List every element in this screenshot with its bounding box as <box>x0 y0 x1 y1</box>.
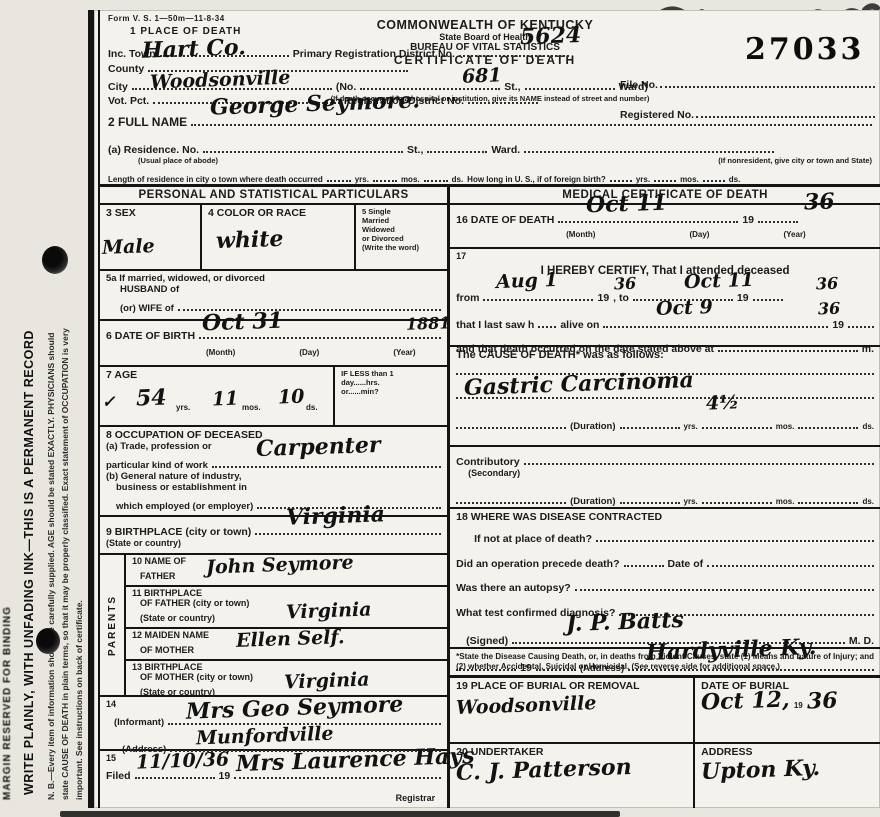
dod-year-handwriting: 36 <box>804 193 835 214</box>
dob-value-handwriting: Oct 31 <box>202 312 284 335</box>
yrs-label: yrs. <box>636 175 650 184</box>
mother-name-label-2: OF MOTHER <box>140 645 194 655</box>
parents-side-label: PARENTS <box>107 595 118 656</box>
color-race-value-handwriting: white <box>216 230 284 252</box>
dob-label: 6 DATE OF BIRTH <box>106 330 195 342</box>
or-min-label: or......min? <box>341 387 441 396</box>
filed-label: Filed <box>106 770 131 782</box>
nonresident-note: (If nonresident, give city or town and S… <box>718 156 872 165</box>
date-of-death-label: 16 DATE OF DEATH <box>456 214 554 226</box>
sex-label: 3 SEX <box>106 207 194 219</box>
registrar-label: Registrar <box>396 793 436 803</box>
ink-blot <box>36 628 60 654</box>
sex-value-handwriting: Male <box>102 238 155 257</box>
signed-label: (Signed) <box>466 635 508 647</box>
form-number: Form V. S. 1—50m—11-8-34 <box>108 14 225 23</box>
father-bp-label-3: (State or country) <box>140 613 215 623</box>
residence-st-label: St., <box>407 144 423 156</box>
scan-bottom-streak <box>60 811 620 817</box>
mother-bp-handwriting: Virginia <box>284 672 370 692</box>
dod-nineteen: 19 <box>742 214 754 226</box>
full-name-label: 2 FULL NAME <box>108 115 187 129</box>
margin-binding-text: MARGIN RESERVED FOR BINDING <box>2 380 13 800</box>
to-nineteen: 19 <box>737 292 749 304</box>
occupation-value-handwriting: Carpenter <box>256 436 381 460</box>
vot-pct-value-handwriting: Woodsonville <box>150 70 291 92</box>
margin-nb-line1: N. B.—Every item of information should b… <box>46 60 56 800</box>
duration2-ds-label: ds. <box>862 497 874 506</box>
autopsy-question: Was there an autopsy? <box>456 582 571 594</box>
ds-label: ds. <box>729 175 741 184</box>
margin-nb-line2: state CAUSE OF DEATH in plain terms, so … <box>60 60 70 800</box>
county-label: County <box>108 63 144 75</box>
mos-label: mos. <box>680 175 699 184</box>
day-caption: (Day) <box>299 348 319 357</box>
undertaker-handwriting: C. J. Patterson <box>456 756 688 784</box>
disease-contracted-title: 18 WHERE WAS DISEASE CONTRACTED <box>456 511 874 523</box>
dod-day-caption: (Day) <box>689 230 709 239</box>
signed-nineteen: 19 <box>520 662 532 674</box>
vot-pct-label: Vot. Pct. <box>108 95 149 107</box>
scanned-death-certificate: MARGIN RESERVED FOR BINDING WRITE PLAINL… <box>0 0 880 817</box>
birthplace-value-handwriting: Virginia <box>286 506 386 529</box>
duration2-mos-label: mos. <box>776 497 795 506</box>
last-saw-year-handwriting: 36 <box>818 302 841 317</box>
not-at-place-question: If not at place of death? <box>474 533 592 545</box>
full-name-value-handwriting: George Seymore. <box>210 91 421 118</box>
date-of-burial-handwriting: Oct 12, <box>701 691 790 714</box>
medical-certificate-column: MEDICAL CERTIFICATE OF DEATH 16 DATE OF … <box>450 187 880 808</box>
duration-label-2: (Duration) <box>570 496 615 507</box>
husband-of-label: HUSBAND of <box>120 284 441 295</box>
howlong-us-label: How long in U. S., if of foreign birth? <box>467 175 606 184</box>
file-no-label: File No. <box>620 79 658 91</box>
ink-blot <box>42 246 68 274</box>
father-name-handwriting: John Seymore <box>206 555 354 577</box>
from-label: from <box>456 292 479 304</box>
occ-trade-label-2: particular kind of work <box>106 460 208 471</box>
duration2-yrs-label: yrs. <box>684 497 698 506</box>
attended-from-handwriting: Aug 1 <box>496 272 558 291</box>
duration-yrs-label: yrs. <box>684 422 698 431</box>
father-name-label-2: FATHER <box>140 571 175 581</box>
age-months-handwriting: 11 <box>212 391 239 409</box>
ds-label: ds. <box>452 175 464 184</box>
primary-reg-value-handwriting: 5624 <box>520 26 582 48</box>
if-less-label: IF LESS than 1 <box>341 369 441 378</box>
dob-year-handwriting: 1881 <box>406 317 451 333</box>
wife-of-label: (or) WIFE of <box>120 303 174 314</box>
place-of-burial-handwriting: Woodsonville <box>456 692 687 717</box>
dod-year-caption: (Year) <box>783 230 805 239</box>
occ-industry-label-3: which employed (or employer) <box>116 501 253 512</box>
duration-label: (Duration) <box>570 421 615 432</box>
yrs-label: yrs. <box>355 175 369 184</box>
occ-industry-label-1: (b) General nature of industry, <box>106 471 441 482</box>
month-caption: (Month) <box>206 348 235 357</box>
duration-months-handwriting: 4½ <box>706 395 740 413</box>
attended-to-handwriting: Oct 11 <box>684 272 755 292</box>
commonwealth-title: COMMONWEALTH OF KENTUCKY <box>335 18 635 32</box>
physician-signature-handwriting: J. P. Batts <box>566 611 684 635</box>
mother-name-handwriting: Ellen Self. <box>236 630 345 651</box>
age-tick-mark: ✓ <box>102 395 116 410</box>
item-17-number: 17 <box>456 251 874 261</box>
informant-label: (Informant) <box>114 717 164 728</box>
md-label: M. D. <box>849 635 874 647</box>
undertaker-address-handwriting: Upton Ky. <box>701 757 874 783</box>
margin-write-plainly-text: WRITE PLAINLY, WITH UNFADING INK—THIS IS… <box>22 95 36 795</box>
attended-from-year-handwriting: 36 <box>614 277 637 292</box>
date-of-operation-label: Date of <box>668 558 704 570</box>
certificate-form: Form V. S. 1—50m—11-8-34 1 PLACE OF DEAT… <box>88 10 880 808</box>
length-residence-label: Length of residence in city o town where… <box>108 175 323 184</box>
to-label: , to <box>613 292 629 304</box>
place-of-burial-label: 19 PLACE OF BURIAL OR REMOVAL <box>456 680 687 692</box>
age-yrs-label: yrs. <box>176 403 190 412</box>
cause-of-death-handwriting: Gastric Carcinoma <box>464 371 694 399</box>
personal-particulars-column: PERSONAL AND STATISTICAL PARTICULARS 3 S… <box>100 187 450 808</box>
occ-industry-label-2: business or establishment in <box>116 482 441 493</box>
mos-label: mos. <box>401 175 420 184</box>
duration-mos-label: mos. <box>776 422 795 431</box>
lastsaw-nineteen: 19 <box>832 319 844 331</box>
secondary-label: (Secondary) <box>468 468 874 478</box>
physician-address-handwriting: Hardyville Ky. <box>646 638 817 664</box>
dod-value-handwriting: Oct 11 <box>586 194 668 217</box>
duration-ds-label: ds. <box>862 422 874 431</box>
county-value-handwriting: Hart Co. <box>142 38 247 61</box>
age-label: 7 AGE <box>106 369 327 381</box>
alive-on-label: alive on <box>560 319 599 331</box>
informant-address-handwriting: Munfordville <box>196 726 334 748</box>
date-of-burial-year-handwriting: 36 <box>806 692 837 713</box>
birthplace-label: 9 BIRTHPLACE (city or town) <box>106 526 251 538</box>
marital-option-single: 5 Single <box>362 207 441 216</box>
year-caption: (Year) <box>393 348 415 357</box>
last-saw-date-handwriting: Oct 9 <box>656 299 713 318</box>
margin-nb-line3: important. See instructions on back of c… <box>74 300 84 800</box>
abode-note: (Usual place of abode) <box>138 156 218 165</box>
dod-month-caption: (Month) <box>566 230 595 239</box>
age-ds-label: ds. <box>306 403 318 412</box>
last-saw-label: that I last saw h <box>456 319 534 331</box>
birthplace-sub-label: (State or country) <box>106 538 441 548</box>
marital-option-divorced: or Divorced <box>362 234 441 243</box>
day-hrs-label: day......hrs. <box>341 378 441 387</box>
age-days-handwriting: 10 <box>278 389 305 407</box>
residence-ward-label: Ward. <box>491 144 520 156</box>
parents-section: PARENTS 10 NAME OF FATHER John Seymore 1… <box>100 555 447 697</box>
color-race-label: 4 COLOR OR RACE <box>208 207 348 219</box>
burial-nineteen: 19 <box>794 701 803 710</box>
filed-date-handwriting: 11/10/36 <box>136 752 230 772</box>
age-mos-label: mos. <box>242 403 261 412</box>
burial-section: 19 PLACE OF BURIAL OR REMOVAL Woodsonvil… <box>450 675 880 808</box>
contributory-label: Contributory <box>456 456 520 468</box>
residence-label: (a) Residence. No. <box>108 144 199 156</box>
marital-option-married: Married <box>362 216 441 225</box>
attended-to-year-handwriting: 36 <box>816 277 839 292</box>
physician-address-label: (Address) <box>580 663 624 674</box>
cause-of-death-label: The CAUSE OF DEATH* was as follows: <box>456 349 874 361</box>
filed-nineteen: 19 <box>219 770 231 782</box>
father-bp-handwriting: Virginia <box>286 602 372 622</box>
if-married-label: 5a If married, widowed, or divorced <box>106 273 441 284</box>
from-nineteen: 19 <box>597 292 609 304</box>
mother-bp-label-3: (State or country) <box>140 687 215 697</box>
father-bp-label-1: 11 BIRTHPLACE <box>132 588 441 598</box>
marital-option-widowed: Widowed <box>362 225 441 234</box>
age-years-handwriting: 54 <box>136 389 167 410</box>
registration-district-value-handwriting: 681 <box>462 67 502 85</box>
personal-particulars-title: PERSONAL AND STATISTICAL PARTICULARS <box>100 187 447 205</box>
primary-reg-label: Primary Registration District No. <box>293 48 455 60</box>
operation-question: Did an operation precede death? <box>456 558 619 570</box>
marital-write-word-note: (Write the word) <box>362 243 441 252</box>
